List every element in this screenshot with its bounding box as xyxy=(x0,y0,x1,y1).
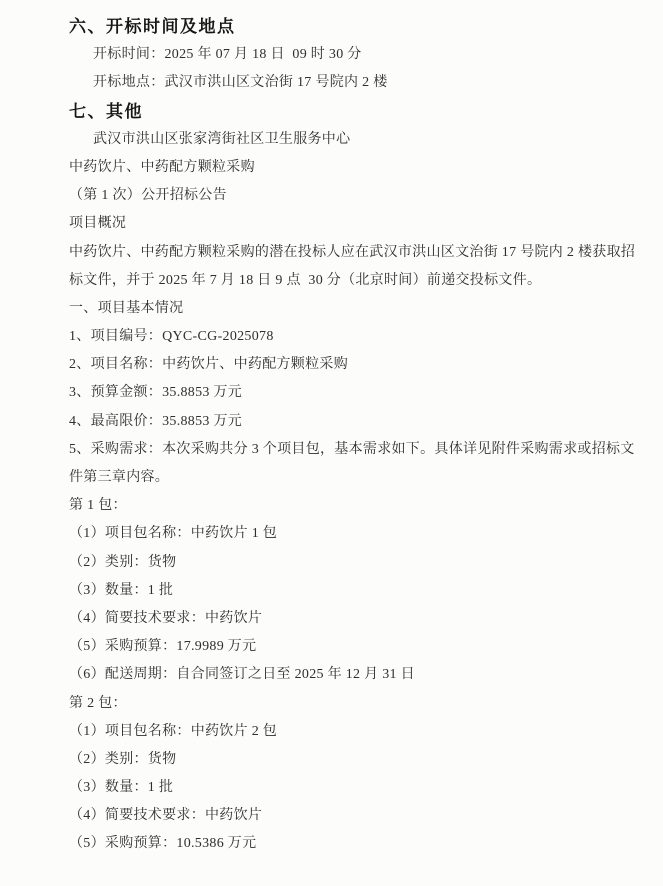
doc-line: 武汉市洪山区张家湾街社区卫生服务中心 xyxy=(69,126,639,154)
doc-line: 3、预算金额：35.8853 万元 xyxy=(69,379,639,407)
section-heading: 七、其他 xyxy=(69,98,639,126)
doc-line: 件第三章内容。 xyxy=(69,464,639,492)
doc-line: 一、项目基本情况 xyxy=(69,295,639,323)
doc-line: （5）采购预算：10.5386 万元 xyxy=(69,830,639,858)
doc-line: 标文件，并于 2025 年 7 月 18 日 9 点 30 分（北京时间）前递交… xyxy=(69,267,639,295)
doc-line: （4）简要技术要求：中药饮片 xyxy=(69,802,639,830)
doc-line: （5）采购预算：17.9989 万元 xyxy=(69,633,639,661)
doc-line: 2、项目名称：中药饮片、中药配方颗粒采购 xyxy=(69,351,639,379)
doc-line: （2）类别：货物 xyxy=(69,549,639,577)
doc-line: 中药饮片、中药配方颗粒采购的潜在投标人应在武汉市洪山区文治街 17 号院内 2 … xyxy=(69,239,639,267)
doc-line: 4、最高限价：35.8853 万元 xyxy=(69,408,639,436)
doc-line: 中药饮片、中药配方颗粒采购 xyxy=(69,154,639,182)
doc-line: 项目概况 xyxy=(69,210,639,238)
doc-line: （第 1 次）公开招标公告 xyxy=(69,182,639,210)
doc-line: （1）项目包名称：中药饮片 2 包 xyxy=(69,718,639,746)
doc-line: 第 2 包： xyxy=(69,690,639,718)
doc-line: （4）简要技术要求：中药饮片 xyxy=(69,605,639,633)
doc-line: 开标时间：2025 年 07 月 18 日 09 时 30 分 xyxy=(69,41,639,69)
doc-line: 第 1 包： xyxy=(69,492,639,520)
doc-line: （3）数量：1 批 xyxy=(69,577,639,605)
doc-line: 5、采购需求：本次采购共分 3 个项目包，基本需求如下。具体详见附件采购需求或招… xyxy=(69,436,639,464)
doc-line: （2）类别：货物 xyxy=(69,746,639,774)
section-heading: 六、开标时间及地点 xyxy=(69,13,639,41)
doc-line: （6）配送周期：自合同签订之日至 2025 年 12 月 31 日 xyxy=(69,661,639,689)
doc-line: 1、项目编号：QYC-CG-2025078 xyxy=(69,323,639,351)
doc-line: （3）数量：1 批 xyxy=(69,774,639,802)
document-content: 六、开标时间及地点开标时间：2025 年 07 月 18 日 09 时 30 分… xyxy=(69,13,639,859)
document-page: 六、开标时间及地点开标时间：2025 年 07 月 18 日 09 时 30 分… xyxy=(0,0,663,886)
doc-line: 开标地点：武汉市洪山区文治街 17 号院内 2 楼 xyxy=(69,69,639,97)
doc-line: （1）项目包名称：中药饮片 1 包 xyxy=(69,520,639,548)
